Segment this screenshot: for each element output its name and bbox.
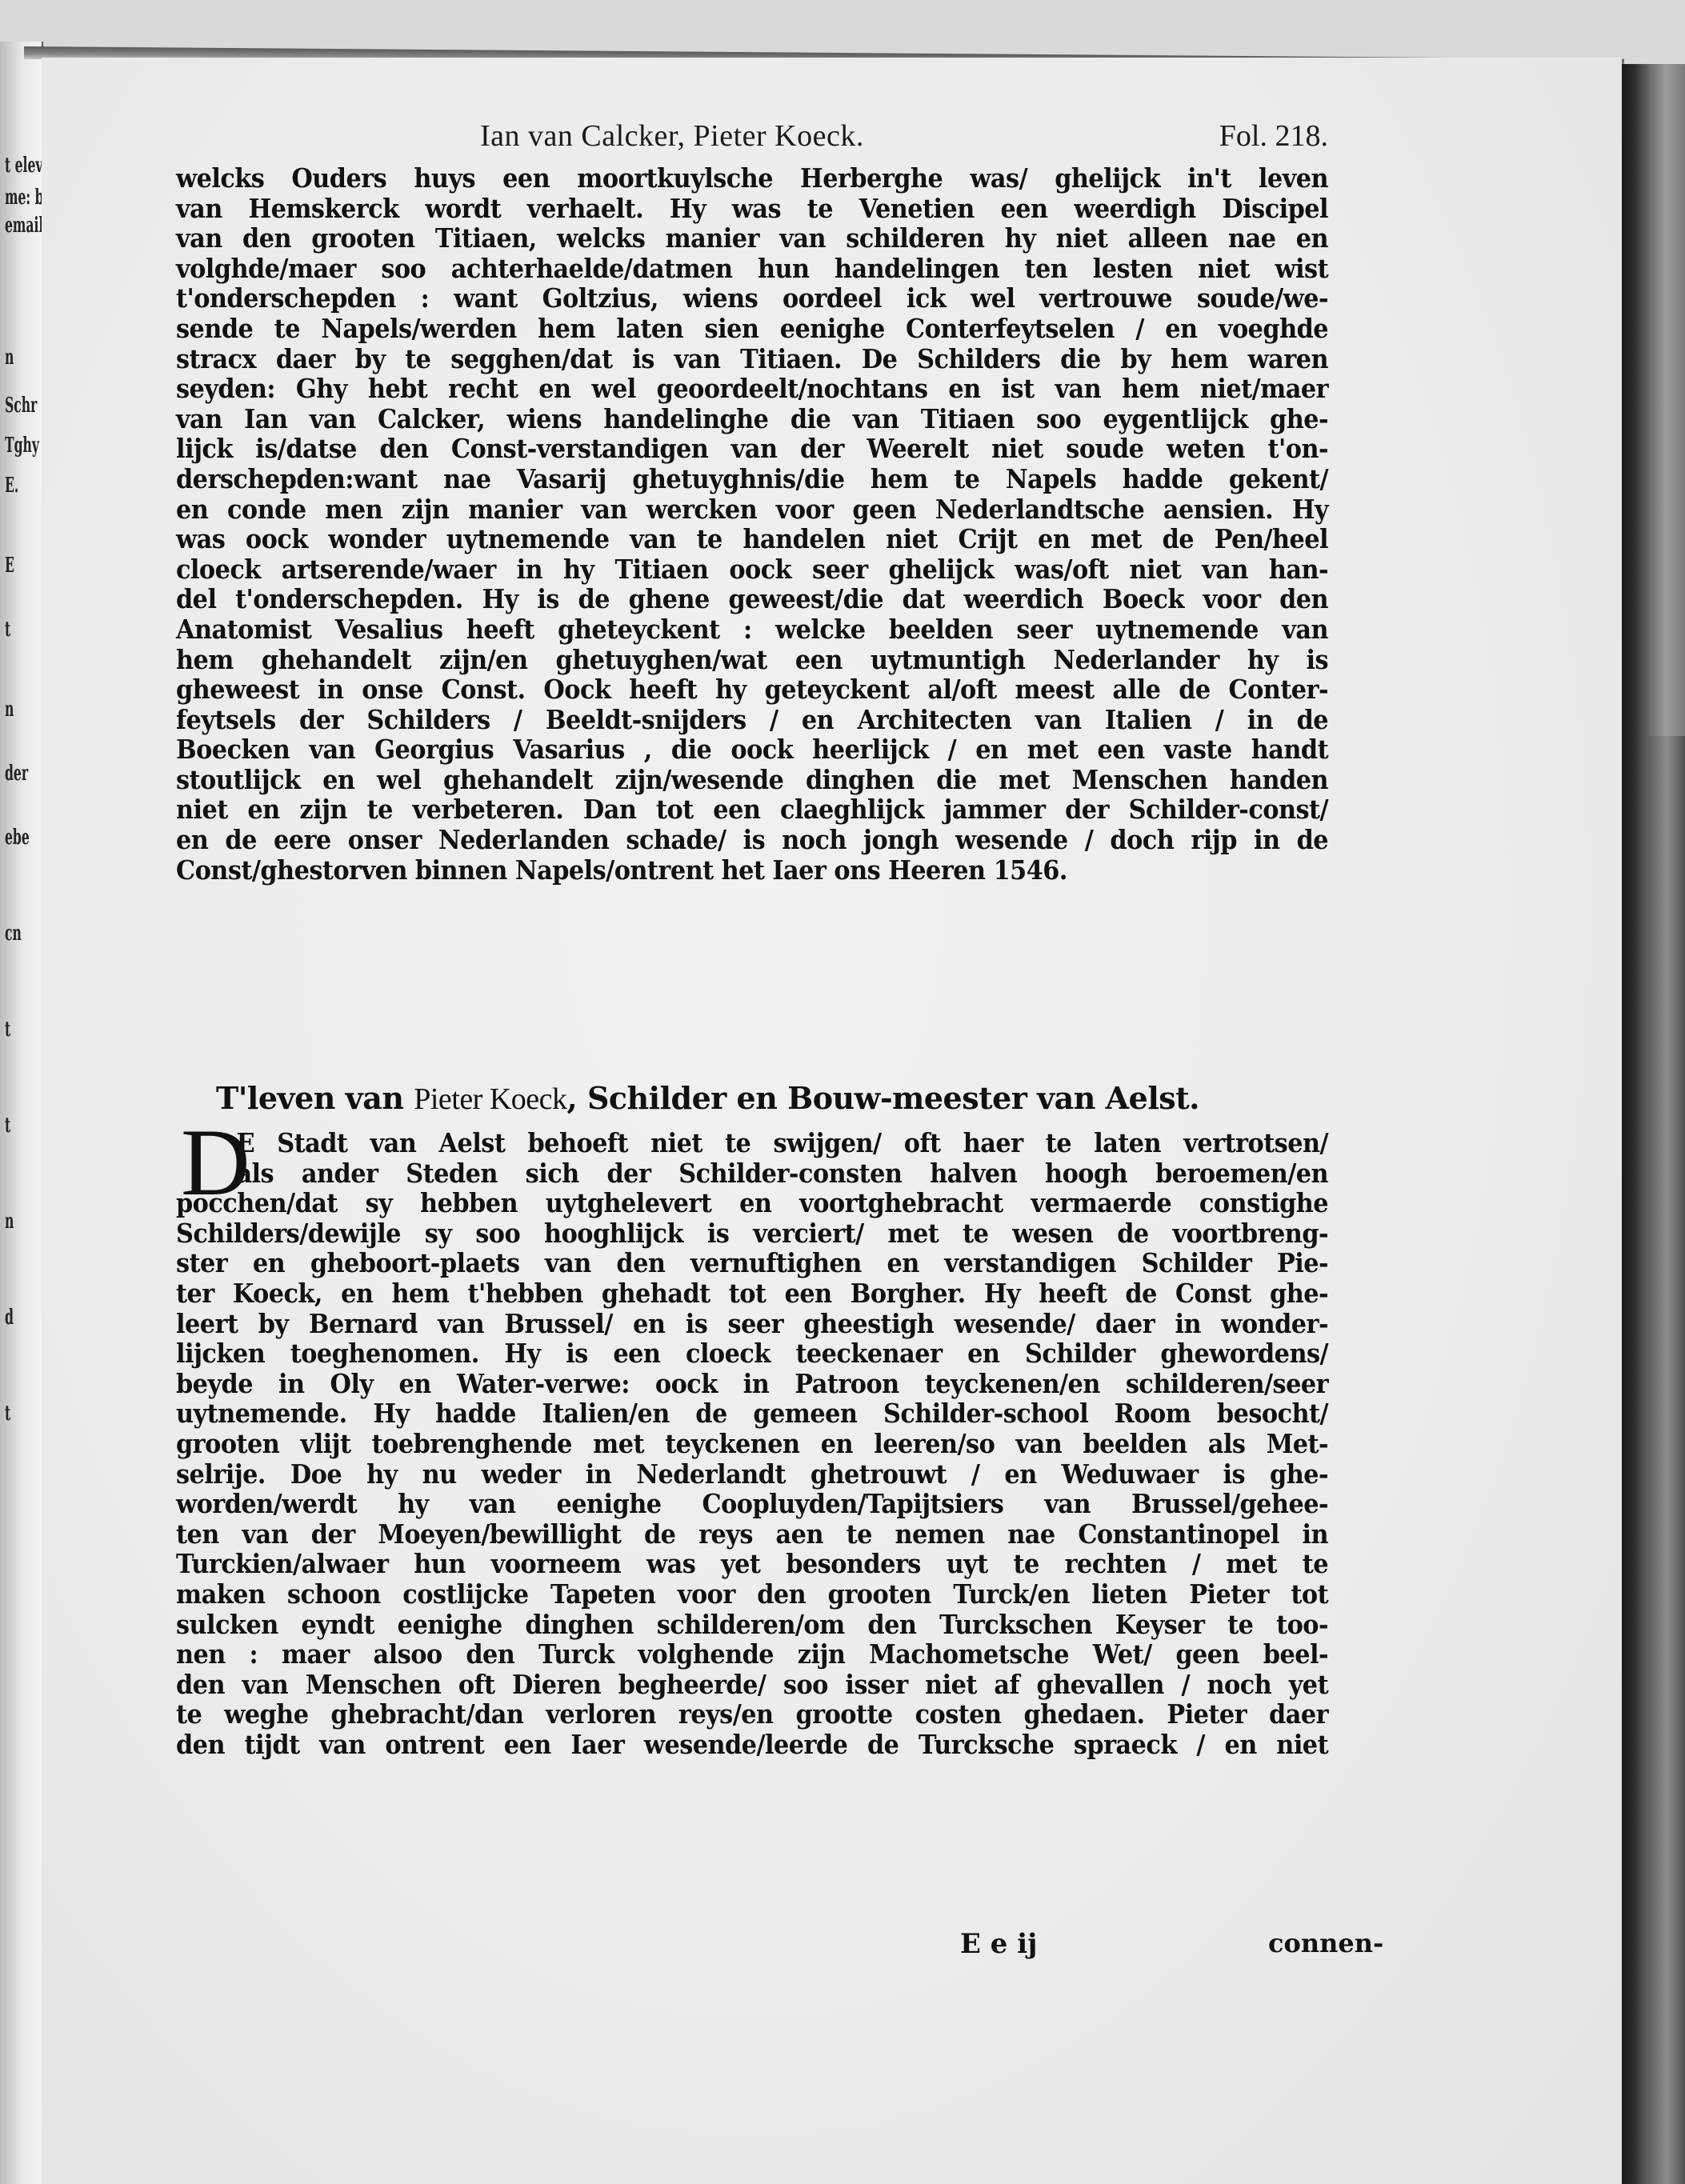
left-page-fragment: der xyxy=(5,762,28,786)
text-line: Anatomist Vesalius heeft gheteyckent : w… xyxy=(176,614,1328,645)
text-line: beyde in Oly en Water-verwe: oock in Pat… xyxy=(176,1369,1328,1399)
text-line: stracx daer by te segghen/dat is van Tit… xyxy=(176,344,1328,374)
text-line: den van Menschen oft Dieren begheerde/ s… xyxy=(176,1670,1328,1700)
left-page-fragment: me: b xyxy=(5,186,43,210)
left-page-fragment: cn xyxy=(5,922,22,946)
left-page-fragment: t xyxy=(5,618,10,642)
left-page-fragment: d xyxy=(5,1306,14,1330)
catchword: connen- xyxy=(1268,1928,1383,1958)
text-line: t'onderschepden : want Goltzius, wiens o… xyxy=(176,283,1328,314)
text-line: van Ian van Calcker, wiens handelinghe d… xyxy=(176,404,1328,434)
folio-number: Fol. 218. xyxy=(1219,118,1328,154)
left-page-fragment: Tghy xyxy=(5,434,39,458)
text-line: hem ghehandelt zijn/en ghetuyghen/wat ee… xyxy=(176,645,1328,675)
left-page-fragment: E. xyxy=(5,474,18,498)
section-1-body: welcks Ouders huys een moortkuylsche Her… xyxy=(176,163,1328,885)
text-line: E Stadt van Aelst behoeft niet te swijge… xyxy=(176,1128,1328,1158)
section-2-body: E Stadt van Aelst behoeft niet te swijge… xyxy=(176,1128,1328,1759)
text-line: Const/ghestorven binnen Napels/ontrent h… xyxy=(176,855,1328,886)
text-line: worden/werdt hy van eenighe Coopluyden/T… xyxy=(176,1489,1328,1519)
text-line: leert by Bernard van Brussel/ en is seer… xyxy=(176,1309,1328,1339)
adjacent-left-page: t eleve me: b emaih n Schr Tghy E. E t n… xyxy=(0,42,43,2184)
left-page-fragment: n xyxy=(5,698,14,722)
left-page-fragment: emaih xyxy=(5,214,43,238)
text-line: van Hemskerck wordt verhaelt. Hy was te … xyxy=(176,194,1328,224)
text-line: pocchen/dat sy hebben uytghelevert en vo… xyxy=(176,1188,1328,1218)
left-page-fragment: t eleve xyxy=(5,154,43,178)
text-line: te weghe ghebracht/dan verloren reys/en … xyxy=(176,1699,1328,1730)
text-line: cloeck artserende/waer in hy Titiaen ooc… xyxy=(176,554,1328,585)
text-line: welcks Ouders huys een moortkuylsche Her… xyxy=(176,163,1328,194)
running-title: Ian van Calcker, Pieter Koeck. xyxy=(480,118,864,154)
running-head: Ian van Calcker, Pieter Koeck. Fol. 218. xyxy=(176,118,1328,158)
heading-suffix: , Schilder en Bouw-meester van Aelst. xyxy=(567,1080,1199,1116)
text-line: uytnemende. Hy hadde Italien/en de gemee… xyxy=(176,1398,1328,1429)
text-line: ster en gheboort-plaets van den vernufti… xyxy=(176,1248,1328,1278)
left-page-fragment: ebe xyxy=(5,826,30,850)
text-line: nen : maer alsoo den Turck volghende zij… xyxy=(176,1639,1328,1670)
text-line: maken schoon costlijcke Tapeten voor den… xyxy=(176,1579,1328,1610)
text-line: ter Koeck, en hem t'hebben ghehadt tot e… xyxy=(176,1278,1328,1309)
text-line: del t'onderschepden. Hy is de ghene gewe… xyxy=(176,584,1328,614)
section-heading: T'leven van Pieter Koeck, Schilder en Bo… xyxy=(216,1080,1296,1117)
text-line: en conde men zijn manier van wercken voo… xyxy=(176,494,1328,525)
text-line: grooten vlijt toebrenghende met teyckene… xyxy=(176,1429,1328,1459)
text-line: sulcken eyndt eenighe dinghen schilderen… xyxy=(176,1610,1328,1640)
left-page-fragment: t xyxy=(5,1114,10,1138)
text-line: Turckien/alwaer hun voorneem was yet bes… xyxy=(176,1549,1328,1579)
text-line: seyden: Ghy hebt recht en wel geoordeelt… xyxy=(176,374,1328,404)
text-line: lijcken toeghenomen. Hy is een cloeck te… xyxy=(176,1338,1328,1369)
text-line: ten van der Moeyen/bewillight de reys ae… xyxy=(176,1519,1328,1550)
text-line: gheweest in onse Const. Oock heeft hy ge… xyxy=(176,674,1328,705)
text-line: Boecken van Georgius Vasarius , die oock… xyxy=(176,734,1328,765)
text-line: den tijdt van ontrent een Iaer wesende/l… xyxy=(176,1730,1328,1760)
bookmark-ribbon xyxy=(1648,736,1685,2184)
text-line: niet en zijn te verbeteren. Dan tot een … xyxy=(176,794,1328,825)
text-line: volghde/maer soo achterhaelde/datmen hun… xyxy=(176,254,1328,284)
left-page-fragment: t xyxy=(5,1402,10,1426)
heading-name: Pieter Koeck xyxy=(414,1082,566,1116)
text-line: was oock wonder uytnemende van te handel… xyxy=(176,524,1328,554)
text-line: als ander Steden sich der Schilder-const… xyxy=(176,1158,1328,1189)
signature-mark: E e ij xyxy=(960,1928,1037,1960)
text-line: stoutlijck en wel ghehandelt zijn/wesend… xyxy=(176,765,1328,795)
text-line: lijck is/datse den Const-verstandigen va… xyxy=(176,434,1328,464)
left-page-fragment: n xyxy=(5,1210,14,1234)
left-page-fragment: t xyxy=(5,1018,10,1042)
text-line: van den grooten Titiaen, welcks manier v… xyxy=(176,223,1328,254)
left-page-fragment: n xyxy=(5,346,14,370)
left-page-fragment: E xyxy=(5,554,14,578)
text-line: selrije. Doe hy nu weder in Nederlandt g… xyxy=(176,1459,1328,1490)
text-line: feytsels der Schilders / Beeldt-snijders… xyxy=(176,705,1328,735)
text-line: en de eere onser Nederlanden schade/ is … xyxy=(176,825,1328,855)
text-line: sende te Napels/werden hem laten sien ee… xyxy=(176,314,1328,344)
text-line: derschepden:want nae Vasarij ghetuyghnis… xyxy=(176,464,1328,494)
text-line: Schilders/dewijle sy soo hooghlijck is v… xyxy=(176,1218,1328,1249)
left-page-fragment: Schr xyxy=(5,394,37,418)
